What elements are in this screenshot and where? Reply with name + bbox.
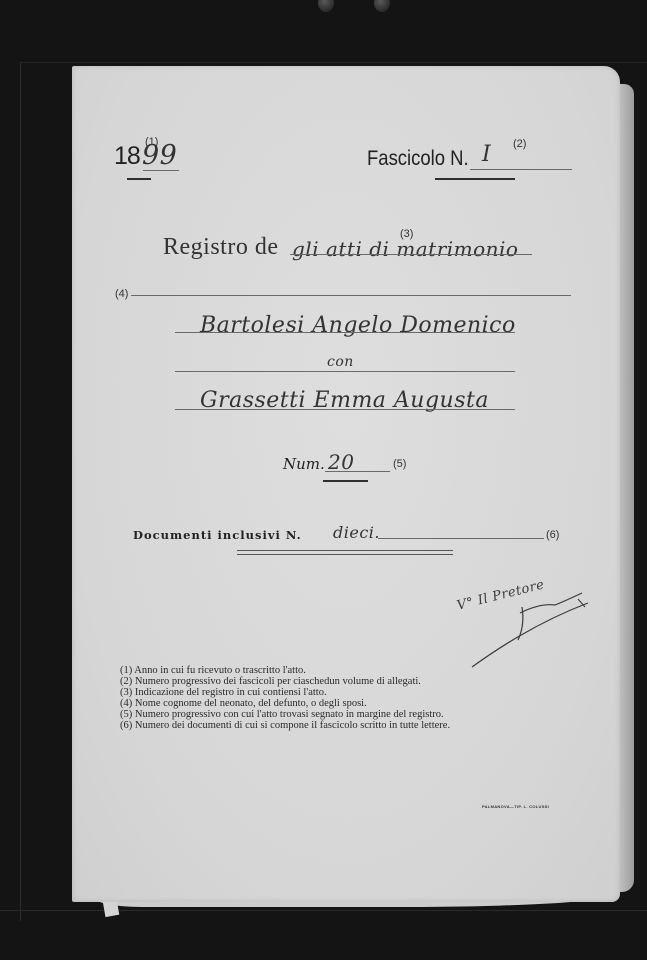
registro-label: Registro de [163,234,278,261]
footnote-item: (3) Indicazione del registro in cui cont… [120,687,450,698]
fascicolo-fill-line [470,169,572,170]
printer-imprint: PALMANOVA—TIP. L. COLUSSI [482,804,549,809]
fascicolo-underline [435,178,515,180]
fascicolo-footnote-ref: (2) [513,138,526,150]
numero-label: Num. [283,455,325,473]
groom-name-handwritten: Bartolesi Angelo Domenico [200,313,516,338]
binder-clip-icon [374,0,390,12]
footnote-item: (4) Nome cognome del neonato, del defunt… [120,698,450,709]
year-underline [127,178,151,180]
registro-handwritten: gli atti di matrimonio [292,237,518,261]
names-footnote-ref: (4) [115,288,128,300]
document-page [72,66,620,902]
documenti-label: Documenti inclusivi N. [133,528,302,542]
numero-fill-line [325,471,390,472]
documenti-handwritten: dieci. [333,523,380,542]
footnote-item: (1) Anno in cui fu ricevuto o trascritto… [120,665,450,676]
year-fill-line [143,170,179,171]
names-header-line [131,295,571,296]
documenti-fill-line [378,538,544,539]
connector-fill-line [175,371,515,372]
footnote-item: (5) Numero progressivo con cui l'atto tr… [120,709,450,720]
registro-fill-line [290,254,532,255]
documenti-footnote-ref: (6) [546,529,559,541]
year-handwritten: 99 [142,140,177,171]
footnote-item: (6) Numero dei documenti di cui si compo… [120,720,450,731]
numero-footnote-ref: (5) [393,458,406,470]
binder-clip-icon [318,0,334,12]
fascicolo-handwritten: I [482,142,491,167]
backdrop-edge [0,910,647,911]
signature-flourish-icon [470,585,595,670]
documenti-double-underline [237,550,453,555]
bride-fill-line [175,409,515,410]
connector-handwritten: con [327,354,354,370]
numero-underline [323,480,368,482]
footnotes-list: (1) Anno in cui fu ricevuto o trascritto… [120,665,450,731]
year-printed-prefix: 18 [114,142,140,171]
footnote-item: (2) Numero progressivo dei fascicoli per… [120,676,450,687]
fascicolo-label: Fascicolo N. [367,147,469,171]
groom-fill-line [175,332,515,333]
